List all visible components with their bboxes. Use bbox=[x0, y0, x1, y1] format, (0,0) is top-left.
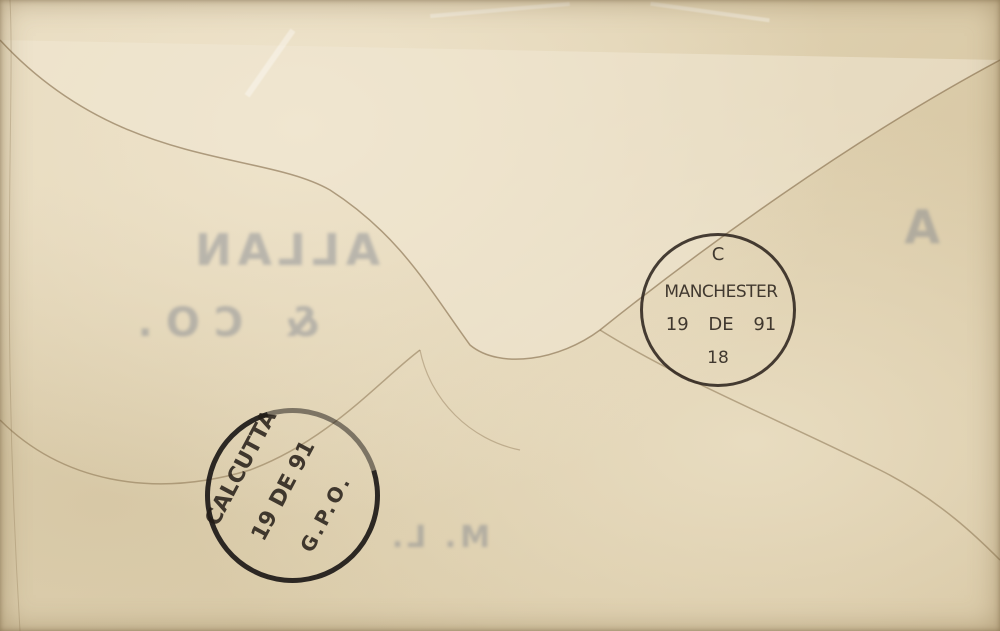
ghost-text: ALLAN bbox=[189, 225, 380, 276]
postmark-time: 18 bbox=[643, 348, 793, 368]
manchester-postmark: C MANCHESTER 19 DE 91 18 bbox=[640, 233, 796, 387]
ghost-text: M. L. bbox=[388, 520, 490, 555]
ghost-text: A bbox=[898, 200, 940, 254]
envelope-back: ALLAN & CO. M. L. A C MANCHESTER 19 DE 9… bbox=[0, 0, 1000, 631]
postmark-code: C bbox=[643, 244, 793, 265]
postmark-date: 19 DE 91 bbox=[649, 314, 793, 335]
ghost-text: & CO. bbox=[124, 300, 320, 346]
postmark-city: MANCHESTER bbox=[649, 282, 793, 302]
